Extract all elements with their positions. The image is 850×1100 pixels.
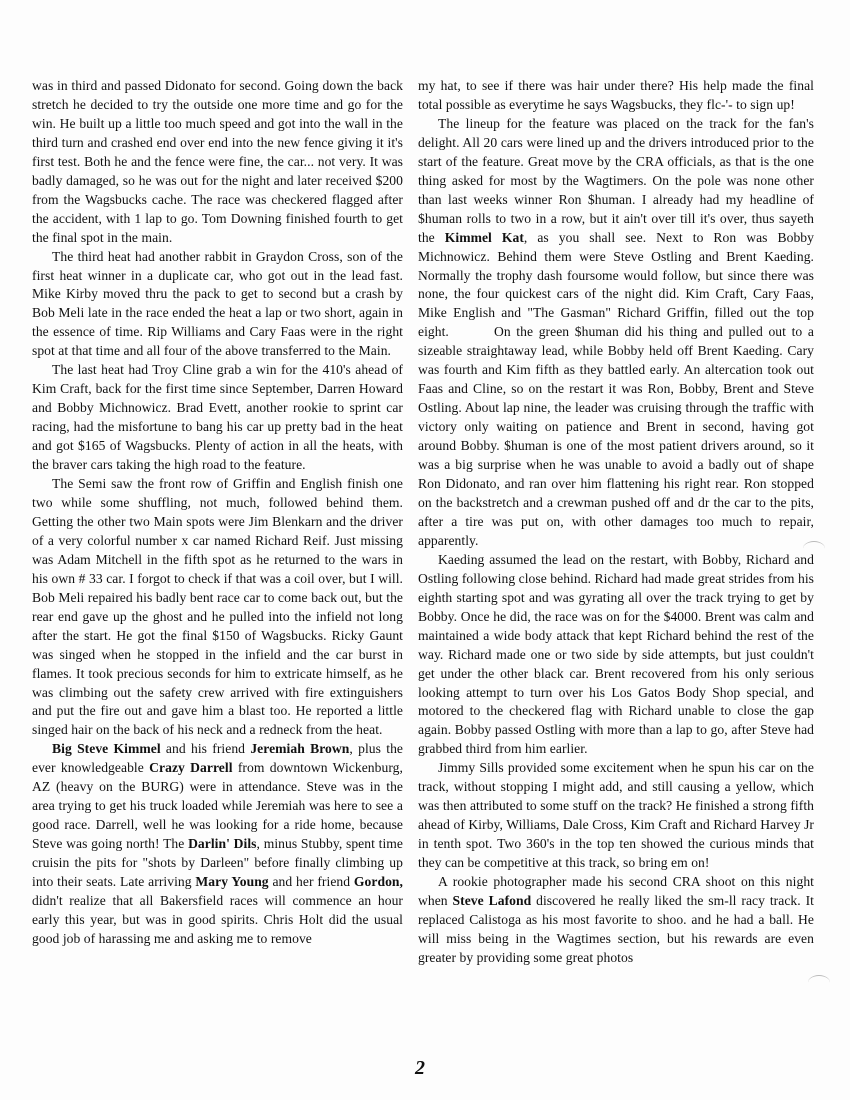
article-paragraph: A rookie photographer made his second CR… bbox=[418, 873, 814, 968]
bold-name-run: Big Steve Kimmel bbox=[52, 741, 161, 756]
text-run: , as you shall see. Next to Ron was Bobb… bbox=[418, 230, 814, 548]
article-paragraph: The third heat had another rabbit in Gra… bbox=[32, 248, 403, 362]
text-run: was in third and passed Didonato for sec… bbox=[32, 78, 403, 245]
article-paragraph: Kaeding assumed the lead on the restart,… bbox=[418, 551, 814, 759]
text-run: my hat, to see if there was hair under t… bbox=[418, 78, 814, 112]
bold-name-run: Steve Lafond bbox=[453, 893, 532, 908]
bold-name-run: Jeremiah Brown bbox=[250, 741, 349, 756]
bold-name-run: Crazy Darrell bbox=[149, 760, 232, 775]
text-run: The Semi saw the front row of Griffin an… bbox=[32, 476, 403, 737]
text-run: The last heat had Troy Cline grab a win … bbox=[32, 362, 403, 472]
text-run: Kaeding assumed the lead on the restart,… bbox=[418, 552, 814, 757]
article-paragraph: The lineup for the feature was placed on… bbox=[418, 115, 814, 551]
text-run: didn't realize that all Bakersfield race… bbox=[32, 893, 403, 946]
article-column-left: was in third and passed Didonato for sec… bbox=[32, 77, 403, 949]
article-paragraph: Jimmy Sills provided some excitement whe… bbox=[418, 759, 814, 873]
article-paragraph: Big Steve Kimmel and his friend Jeremiah… bbox=[32, 740, 403, 948]
page-number: 2 bbox=[415, 1057, 425, 1080]
bold-name-run: Darlin' Dils bbox=[188, 836, 256, 851]
bold-name-run: Kimmel Kat bbox=[445, 230, 524, 245]
bold-name-run: Gordon, bbox=[354, 874, 403, 889]
article-paragraph: The last heat had Troy Cline grab a win … bbox=[32, 361, 403, 475]
text-run: and his friend bbox=[161, 741, 251, 756]
article-column-right: my hat, to see if there was hair under t… bbox=[418, 77, 814, 968]
page-tear-mark bbox=[803, 541, 825, 556]
text-run: The third heat had another rabbit in Gra… bbox=[32, 249, 403, 359]
newsletter-page: was in third and passed Didonato for sec… bbox=[0, 0, 850, 1100]
text-run: Jimmy Sills provided some excitement whe… bbox=[418, 760, 814, 870]
article-paragraph: The Semi saw the front row of Griffin an… bbox=[32, 475, 403, 740]
text-run: The lineup for the feature was placed on… bbox=[418, 116, 814, 245]
bold-name-run: Mary Young bbox=[195, 874, 268, 889]
article-paragraph: my hat, to see if there was hair under t… bbox=[418, 77, 814, 115]
page-tear-mark bbox=[808, 975, 830, 990]
text-run: and her friend bbox=[269, 874, 354, 889]
article-paragraph: was in third and passed Didonato for sec… bbox=[32, 77, 403, 248]
